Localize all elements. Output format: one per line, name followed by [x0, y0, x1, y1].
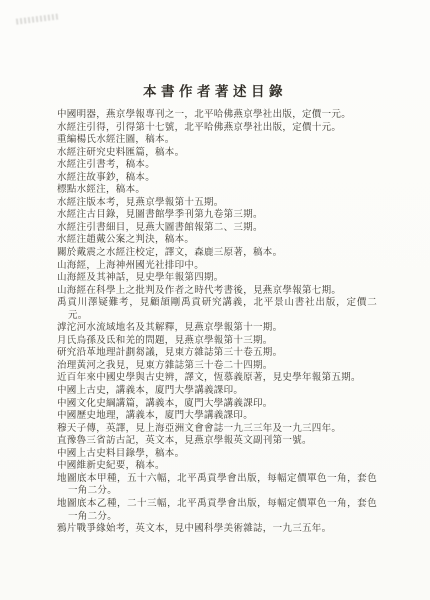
entry: 水經注故事鈔，稿本。 [57, 172, 377, 185]
entry: 水經注引得，引得第十七號，北平哈佛燕京學社出版，定價十元。 [57, 122, 377, 135]
entry: 中國維新史紀要，稿本。 [57, 460, 377, 473]
entry: 月氏烏孫及氐和羌的問題，見燕京學報第十三期。 [57, 335, 377, 348]
entry: 滹沱河水流域地名及其解釋，見燕京學報第十一期。 [57, 322, 377, 335]
entry: 穆天子傳，英譯，見上海亞洲文會會誌一九三三年及一九三四年。 [57, 423, 377, 436]
entry: 中國歷史地理，講義本，廈門大學講義課印。 [57, 410, 377, 423]
entry: 標點水經注，稿本。 [57, 184, 377, 197]
entry: 水經注引書考，稿本。 [57, 159, 377, 172]
entry: 水經注版本考，見燕京學報第十五期。 [57, 197, 377, 210]
entry-list: 中國明器，燕京學報專刊之一，北平哈佛燕京學社出版，定價一元。 水經注引得，引得第… [57, 109, 377, 536]
entry: 水經注古目錄，見圖書館學季刊第九卷第三期。 [57, 209, 377, 222]
entry: 山海經及其神話，見史學年報第四期。 [57, 272, 377, 285]
entry: 中國上古史，講義本，廈門大學講義課印。 [57, 385, 377, 398]
entry: 水經注引書細目，見燕大圖書館報第二、三期。 [57, 222, 377, 235]
entry: 研究沿革地理計劃芻議，見東方雜誌第三十卷五期。 [57, 347, 377, 360]
entry: 重編楊氏水經注圖，稿本。 [57, 134, 377, 147]
entry: 地圖底本乙種，二十三幅，北平禹貢學會出版，每幅定價單色一角，套色一角二分。 [57, 498, 377, 523]
entry: 鴉片戰爭緣始考，英文本，見中國科學美術雜誌，一九三五年。 [57, 523, 377, 536]
entry: 地圖底本甲種，五十六幅，北平禹貢學會出版，每幅定價單色一角，套色一角二分。 [57, 473, 377, 498]
entry: 中國上古史料目錄學，稿本。 [57, 448, 377, 461]
entry: 中國明器，燕京學報專刊之一，北平哈佛燕京學社出版，定價一元。 [57, 109, 377, 122]
entry: 水經注趙戴公案之判決，稿本。 [57, 234, 377, 247]
entry: 水經注研究史料匯篇，稿本。 [57, 147, 377, 160]
entry: 山海經，上海神州國光社排印中。 [57, 260, 377, 273]
entry: 治理黃河之我見，見東方雜誌第三十卷二十四期。 [57, 360, 377, 373]
page-title: 本書作者著述目錄 [0, 0, 430, 100]
entry: 中國文化史綱講篇，講義本，廈門大學講義課印。 [57, 398, 377, 411]
entry: 直豫魯三省訪古記，英文本，見燕京學報英文副刊第一號。 [57, 435, 377, 448]
entry: 近百年來中國史學與古史辨，譯文，恆慕義原著，見史學年報第五期。 [57, 372, 377, 385]
book-page: 本書作者著述目錄 中國明器，燕京學報專刊之一，北平哈佛燕京學社出版，定價一元。 … [0, 0, 430, 600]
entry: 山海經在科學上之批判及作者之時代考書後，見燕京學報第七期。 [57, 285, 377, 298]
entry: 禹貢川澤疑難考，見顧頡剛禹貢研究講義，北平景山書社出版，定價二元。 [57, 297, 377, 322]
entry: 關於戴震之水經注校定，譯文，森鹿三原著，稿本。 [57, 247, 377, 260]
